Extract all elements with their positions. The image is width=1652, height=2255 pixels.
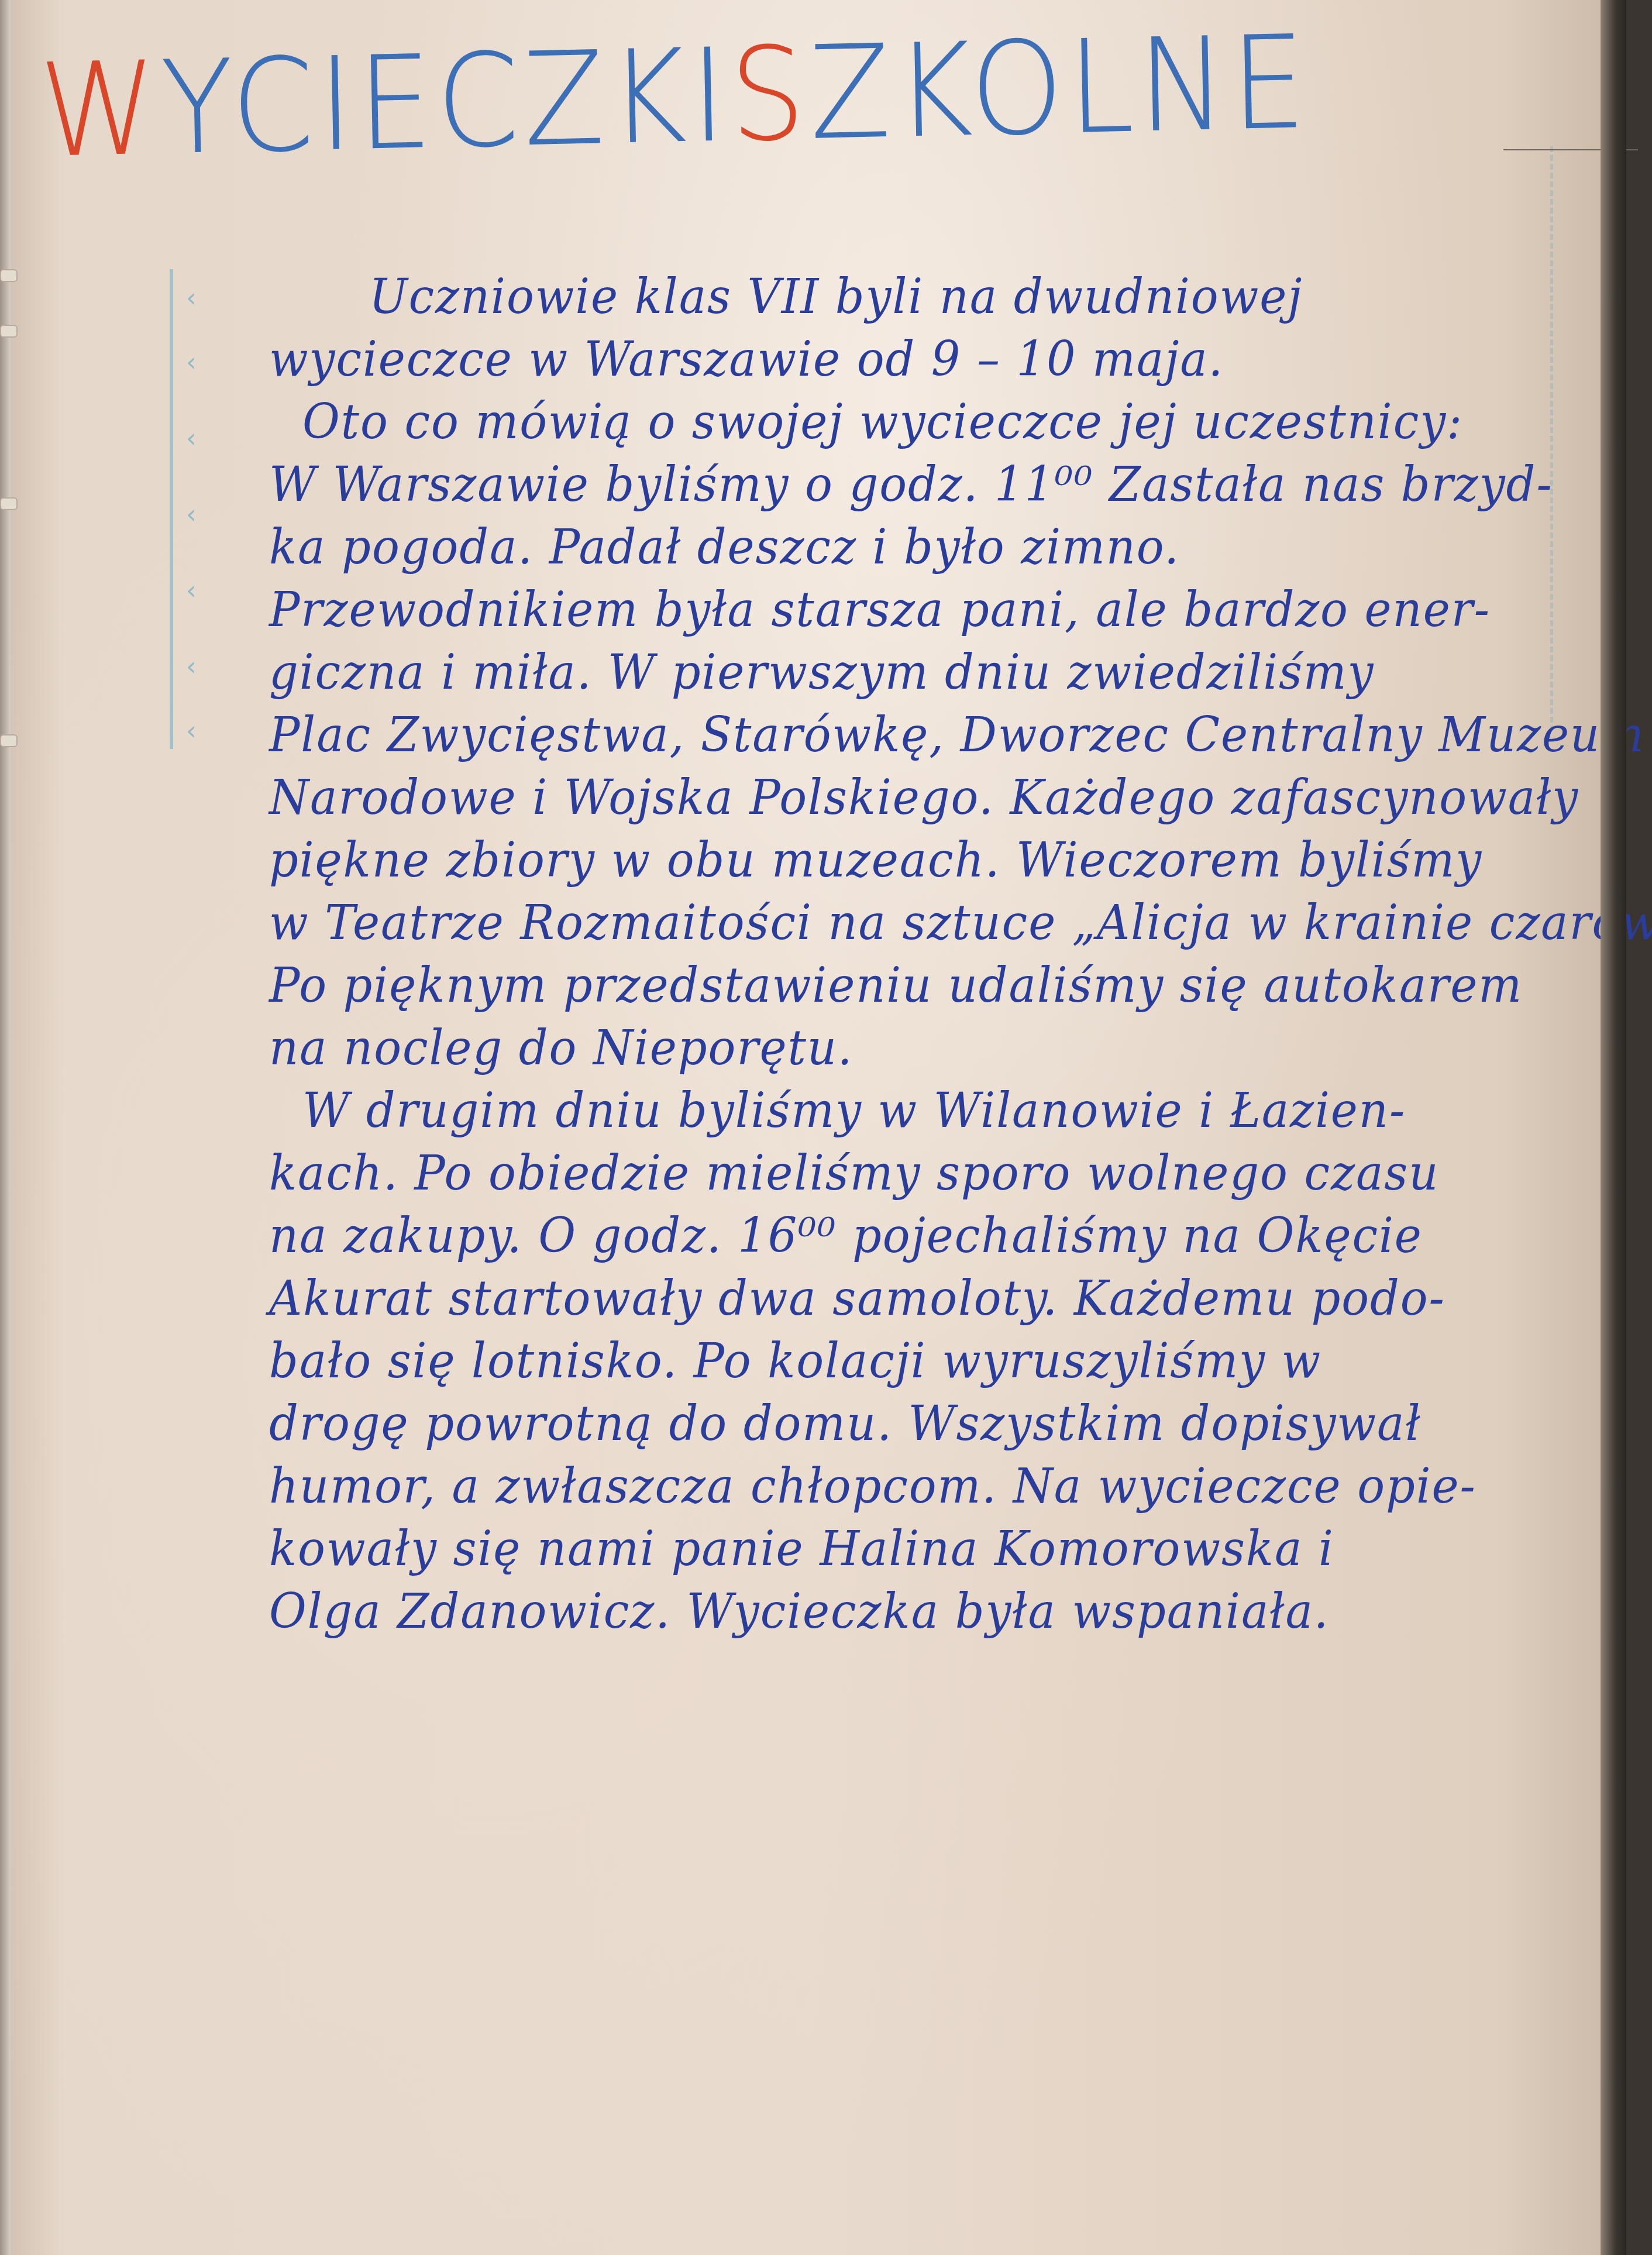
text-line: Narodowe i Wojska Polskiego. Każdego zaf… (269, 770, 1570, 833)
text-line: na zakupy. O godz. 16⁰⁰ pojechaliśmy na … (269, 1208, 1570, 1271)
text-line: Oto co mówią o swojej wycieczce jej ucze… (269, 394, 1570, 457)
text-line: giczna i miła. W pierwszym dniu zwiedzil… (269, 645, 1570, 707)
notebook-page: WYCIECZKISZKOLNE ‹ ‹ ‹ ‹ ‹ ‹ ‹ Uczniowie… (0, 0, 1626, 2255)
text-line: Przewodnikiem była starsza pani, ale bar… (269, 582, 1570, 645)
text-line: w Teatrze Rozmaitości na sztuce „Alicja … (269, 895, 1570, 958)
text-line: Olga Zdanowicz. Wycieczka była wspaniała… (269, 1584, 1570, 1646)
title-initial-letter: W (39, 44, 163, 176)
binding-spine (0, 0, 11, 2255)
text-line: humor, a zwłaszcza chłopcom. Na wycieczc… (269, 1459, 1570, 1521)
handwritten-text: Uczniowie klas VII byli na dwudniowej wy… (269, 269, 1638, 1646)
text-line: W Warszawie byliśmy o godz. 11⁰⁰ Zastała… (269, 457, 1570, 520)
binding-stitch (0, 325, 18, 338)
text-line: Po pięknym przedstawieniu udaliśmy się a… (269, 958, 1570, 1020)
title-accent-letter: S (729, 29, 811, 160)
arrowhead-icon: ‹ (186, 503, 209, 527)
text-line: W drugim dniu byliśmy w Wilanowie i Łazi… (269, 1083, 1570, 1146)
text-line: drogę powrotną do domu. Wszystkim dopisy… (269, 1396, 1570, 1459)
arrowhead-icon: ‹ (186, 351, 209, 374)
page-edge-shadow (1601, 0, 1626, 2255)
text-line: ka pogoda. Padał deszcz i było zimno. (269, 520, 1570, 582)
text-line: bało się lotnisko. Po kolacji wyruszyliś… (269, 1333, 1570, 1396)
arrowhead-icon: ‹ (186, 287, 209, 310)
page-title: WYCIECZKISZKOLNE (39, 12, 1312, 176)
text-line: Plac Zwycięstwa, Starówkę, Dworzec Centr… (269, 707, 1570, 770)
text-line: wycieczce w Warszawie od 9 – 10 maja. (269, 332, 1570, 394)
text-line: kach. Po obiedzie mieliśmy sporo wolnego… (269, 1146, 1570, 1208)
text-line: na nocleg do Nieporętu. (269, 1020, 1570, 1083)
binding-stitch (0, 734, 18, 747)
arrowhead-icon: ‹ (186, 427, 209, 451)
text-line: kowały się nami panie Halina Komorowska … (269, 1521, 1570, 1584)
title-word-wycieczki: YCIECZKI (160, 31, 731, 173)
text-line: Uczniowie klas VII byli na dwudniowej (269, 269, 1570, 332)
arrowhead-icon: ‹ (186, 720, 209, 743)
title-word-szkolne: ZKOLNE (808, 18, 1312, 158)
text-line: Akurat startowały dwa samoloty. Każdemu … (269, 1271, 1570, 1333)
binding-stitch (0, 497, 18, 510)
arrowhead-icon: ‹ (186, 579, 209, 603)
text-line: piękne zbiory w obu muzeach. Wieczorem b… (269, 833, 1570, 895)
arrowhead-icon: ‹ (186, 655, 209, 679)
margin-arrow-doodle: ‹ ‹ ‹ ‹ ‹ ‹ ‹ (170, 269, 226, 749)
binding-stitch (0, 269, 18, 282)
